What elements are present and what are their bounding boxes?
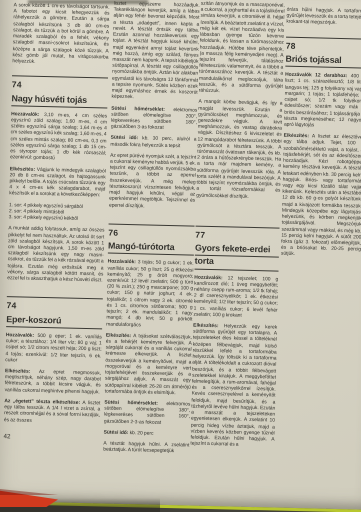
ingredients-paragraph: Hozzávalók 12 darabhoz: 400 g liszt; 1 c… bbox=[284, 73, 361, 131]
ingredients-text: 400 g liszt; 1 cs. szárazélesztő; 1/8 li… bbox=[284, 74, 361, 128]
column-1: A sorok között 1 cm-es távolságot tartsu… bbox=[3, 3, 109, 443]
column-4: órára hűlni hagyjuk. A tortaforma gyűrűj… bbox=[281, 8, 361, 265]
steps-paragraph: Elkészítés: Az epret megmossuk, megtiszt… bbox=[5, 369, 102, 396]
scan-smudge bbox=[28, 0, 148, 4]
ingredients-label: Hozzávalók: bbox=[11, 112, 39, 118]
steps-text: A lisztet az élesztővel egy tálba adjuk.… bbox=[281, 135, 361, 258]
recipe-header-78-brios-tojassal: 78 Briós tojással bbox=[285, 36, 361, 68]
scanned-cookbook-page: A sorok között 1 cm-es távolságot tartsu… bbox=[0, 0, 361, 512]
body-paragraph: A mangót körbe bevágjuk, és így a magját… bbox=[196, 100, 282, 201]
ingredients-paragraph: Hozzávalók: 12 tejszelet; 100 g kandíroz… bbox=[193, 275, 278, 320]
page-number: 42 bbox=[3, 433, 99, 443]
baking-temp-paragraph: Sütési hőmérséklet: elektromos sütőben e… bbox=[104, 400, 191, 427]
baking-time-paragraph: Sütési idő: kb. 30 perc, alulról a másod… bbox=[110, 136, 196, 150]
steps-text: Helyezzük egy kerek sütőforma gyűrűjét e… bbox=[190, 324, 277, 448]
body-paragraph: Az epret pürévé nyomjuk szét, a tejszínt… bbox=[109, 153, 196, 211]
recipe-header-77-fekete-erdei: 77 Gyors fekete-erdei torta bbox=[195, 225, 280, 271]
steps-paragraph: Elkészítés: Vágjunk le mindegyik szalagb… bbox=[9, 167, 106, 200]
ingredients-paragraph: Hozzávalók: 3 tojás; 50 g cukor; 1 ek. v… bbox=[106, 260, 194, 330]
baking-temp-label: Sütési hőmérséklet: bbox=[111, 106, 165, 112]
steps-paragraph: Elkészítés: A tojásokat szétválasztjuk, … bbox=[105, 333, 192, 397]
column-3: szitán átnyomjuk és a mascarponéval, a c… bbox=[190, 2, 285, 455]
recipe-number: 74 bbox=[12, 80, 108, 91]
baking-time-label: Sütési idő: bbox=[111, 136, 139, 142]
ingredients-label: Hozzávalók: bbox=[194, 275, 222, 281]
ingredients-label: Hozzávalók: bbox=[108, 260, 136, 266]
ingredients-text: 12 tejszelet; 100 g kandírozott dió; 1 ü… bbox=[193, 276, 278, 319]
recipe-title: Nagy húsvéti tojás bbox=[11, 93, 107, 108]
baking-time-text: kb. 20 perc bbox=[130, 431, 154, 437]
baking-time-label: Sütési idő: bbox=[104, 430, 129, 436]
column-2: lisztet egyszerre hozzáadjuk. Takaréklán… bbox=[103, 2, 200, 461]
steps-label: Elkészítés: bbox=[10, 167, 35, 173]
body-paragraph: A tésztát hagyjuk hűlni. A zselatint beá… bbox=[103, 442, 189, 456]
recipe-title-line: torta bbox=[195, 256, 279, 271]
recipe-title: Mangó-túrótorta bbox=[108, 241, 194, 256]
baking-time-paragraph: Sütési idő: kb. 20 perc bbox=[104, 430, 190, 438]
ingredients-label: Hozzávalók: bbox=[6, 333, 34, 339]
ingredients-paragraph: Hozzávalók: 500 g eper; 1 ek. vaníliás c… bbox=[5, 333, 102, 366]
steps-paragraph: Az „égetett” tészta elkészítése: A liszt… bbox=[4, 399, 101, 426]
recipe-header-76-mango-turotorta: 76 Mangó-túrótorta bbox=[108, 223, 195, 256]
list-item: 3. sor: 4 pikkely egyszínű kékből bbox=[9, 215, 105, 223]
recipe-title: Briós tojással bbox=[285, 54, 361, 69]
baking-temp-paragraph: Sütési hőmérséklet: elektromos sütőben e… bbox=[111, 106, 198, 133]
steps-label: Elkészítés: bbox=[5, 369, 30, 375]
ingredients-text: 3 tojás; 50 g cukor; 1 ek. vaníliás cuko… bbox=[106, 261, 194, 328]
steps-text: A tojásokat szétválasztjuk, és a fehérjé… bbox=[105, 334, 192, 396]
body-paragraph: A munkát addig folytassuk, amíg az össze… bbox=[7, 226, 104, 284]
steps-paragraph: Elkészítés: A lisztet az élesztővel egy … bbox=[281, 134, 361, 260]
continuation-paragraph: lisztet egyszerre hozzáadjuk. Takaréklán… bbox=[111, 2, 199, 103]
steps-label: Elkészítés: bbox=[193, 324, 218, 330]
steps-label: Elkészítés: bbox=[284, 134, 309, 140]
recipe-number: 78 bbox=[286, 41, 361, 51]
continuation-paragraph: A sorok között 1 cm-es távolságot tartsu… bbox=[12, 3, 109, 67]
continuation-paragraph: szitán átnyomjuk és a mascarponéval, a c… bbox=[199, 2, 285, 97]
recipe-header-74-husveti-tojas: 74 Nagy húsvéti tojás bbox=[11, 75, 108, 108]
steps-label: Elkészítés: bbox=[106, 333, 131, 339]
recipe-header-74-eper-koszoru: 74 Eper-koszorú bbox=[6, 296, 103, 329]
recipe-number: 74 bbox=[7, 301, 103, 312]
ingredients-paragraph: Hozzávalók: 3,10 m-es, 4 cm széles egysz… bbox=[10, 112, 107, 164]
recipe-title: Eper-koszorú bbox=[6, 314, 102, 329]
recipe-number: 76 bbox=[108, 228, 194, 239]
continuation-paragraph: órára hűlni hagyjuk. A tortaforma gyűrűj… bbox=[286, 8, 361, 29]
recipe-number: 77 bbox=[195, 230, 279, 240]
ingredients-text: 3,10 m-es, 4 cm széles egyszínű zöld sza… bbox=[10, 113, 107, 162]
steps-paragraph: Elkészítés: Helyezzük egy kerek sütőform… bbox=[190, 324, 277, 450]
scale-row-list: 1. sor: 4 pikkely egyszínű sárgából 2. s… bbox=[9, 203, 105, 224]
